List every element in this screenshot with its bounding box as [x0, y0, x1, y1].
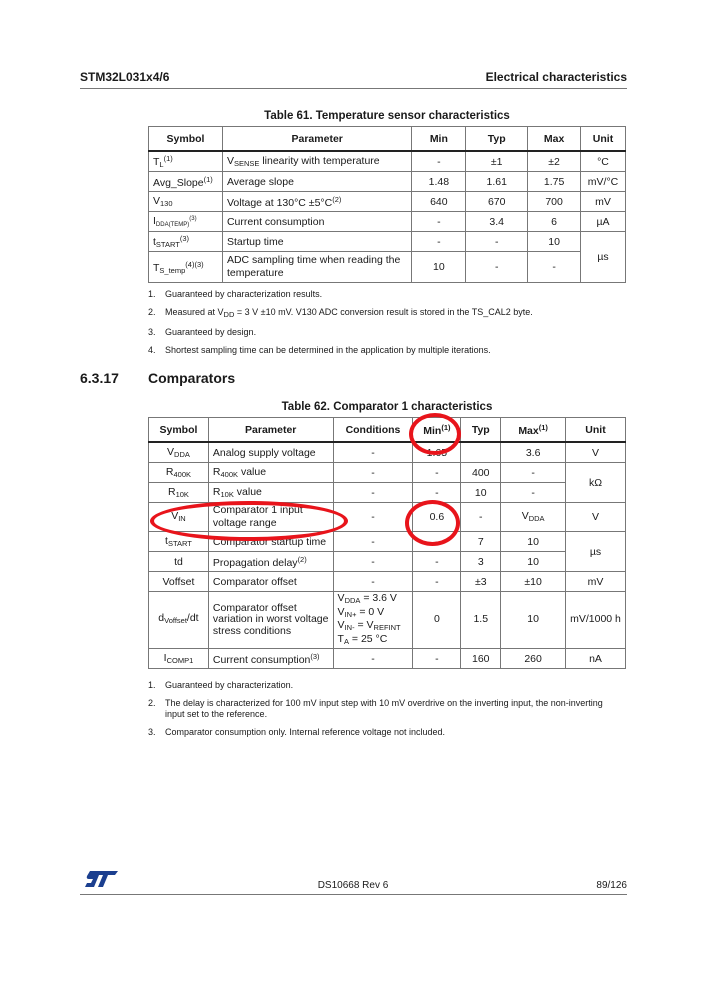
parameter-cell: Voltage at 130°C ±5°C(2)	[222, 192, 411, 212]
unit-cell: kΩ	[566, 463, 626, 503]
symbol-cell: IDDA(TEMP)(3)	[149, 212, 223, 232]
footnote: 1.Guaranteed by characterization results…	[148, 289, 608, 300]
min-cell: -	[413, 483, 461, 503]
typ-cell: -	[466, 232, 528, 252]
conditions-cell: VDDA = 3.6 V VIN+ = 0 V VIN- = VREFINT T…	[333, 592, 413, 649]
min-cell: -	[413, 532, 461, 552]
max-cell: 10	[501, 532, 566, 552]
col-symbol: Symbol	[149, 418, 209, 443]
conditions-cell: -	[333, 572, 413, 592]
parameter-cell: Average slope	[222, 172, 411, 192]
col-typ: Typ	[461, 418, 501, 443]
unit-cell: nA	[566, 649, 626, 669]
footnote: 3.Guaranteed by design.	[148, 327, 608, 338]
footnote: 4.Shortest sampling time can be determin…	[148, 345, 608, 356]
typ-cell: 3.4	[466, 212, 528, 232]
col-typ: Typ	[466, 127, 528, 152]
conditions-cell: -	[333, 552, 413, 572]
max-cell: ±2	[528, 151, 581, 172]
footnote: 3.Comparator consumption only. Internal …	[148, 727, 608, 738]
table-62-title: Table 62. Comparator 1 characteristics	[148, 401, 626, 413]
parameter-cell: VSENSE linearity with temperature	[222, 151, 411, 172]
unit-cell: mV/1000 h	[566, 592, 626, 649]
max-cell: 700	[528, 192, 581, 212]
min-cell: 640	[412, 192, 466, 212]
min-cell: -	[412, 212, 466, 232]
table-61-title: Table 61. Temperature sensor characteris…	[148, 110, 626, 122]
table-row: R400K R400K value - - 400 - kΩ	[149, 463, 626, 483]
section-number: 6.3.17	[80, 370, 119, 386]
min-cell: -	[413, 552, 461, 572]
unit-cell: µA	[581, 212, 626, 232]
col-min: Min	[412, 127, 466, 152]
parameter-cell: R10K value	[208, 483, 333, 503]
typ-cell: 160	[461, 649, 501, 669]
max-cell: VDDA	[501, 503, 566, 532]
symbol-cell: td	[149, 552, 209, 572]
col-symbol: Symbol	[149, 127, 223, 152]
symbol-cell: VIN	[149, 503, 209, 532]
max-cell: 10	[501, 592, 566, 649]
table-row: ICOMP1 Current consumption(3) - - 160 26…	[149, 649, 626, 669]
parameter-cell: Startup time	[222, 232, 411, 252]
max-cell: -	[528, 252, 581, 283]
document-id: STM32L031x4/6	[80, 70, 169, 84]
symbol-cell: Avg_Slope(1)	[149, 172, 223, 192]
min-cell: 0.6	[413, 503, 461, 532]
min-cell: -	[412, 232, 466, 252]
header-divider	[80, 88, 627, 89]
typ-cell: 1.61	[466, 172, 528, 192]
table-row: IDDA(TEMP)(3) Current consumption - 3.4 …	[149, 212, 626, 232]
symbol-cell: ICOMP1	[149, 649, 209, 669]
unit-cell: mV	[566, 572, 626, 592]
table-row: Avg_Slope(1) Average slope 1.48 1.61 1.7…	[149, 172, 626, 192]
unit-cell: °C	[581, 151, 626, 172]
typ-cell: -	[466, 252, 528, 283]
conditions-cell: -	[333, 463, 413, 483]
unit-cell: mV	[581, 192, 626, 212]
table-61-notes: 1.Guaranteed by characterization results…	[148, 289, 608, 363]
comparator-table: Symbol Parameter Conditions Min(1) Typ M…	[148, 417, 626, 669]
symbol-cell: TL(1)	[149, 151, 223, 172]
parameter-cell: Propagation delay(2)	[208, 552, 333, 572]
col-min: Min(1)	[413, 418, 461, 443]
table-row: VDDA Analog supply voltage - 1.65 3.6 V	[149, 442, 626, 463]
min-cell: 1.65	[413, 442, 461, 463]
symbol-cell: R10K	[149, 483, 209, 503]
footnote: 2.Measured at VDD = 3 V ±10 mV. V130 ADC…	[148, 307, 608, 320]
symbol-cell: TS_temp(4)(3)	[149, 252, 223, 283]
typ-cell: ±1	[466, 151, 528, 172]
typ-cell: -	[461, 503, 501, 532]
table-row: TL(1) VSENSE linearity with temperature …	[149, 151, 626, 172]
conditions-cell: -	[333, 532, 413, 552]
conditions-cell: -	[333, 442, 413, 463]
typ-cell: 7	[461, 532, 501, 552]
typ-cell: 10	[461, 483, 501, 503]
parameter-cell: Current consumption	[222, 212, 411, 232]
parameter-cell: R400K value	[208, 463, 333, 483]
table-row: tSTART(3) Startup time - - 10 µs	[149, 232, 626, 252]
symbol-cell: Voffset	[149, 572, 209, 592]
min-cell: -	[413, 572, 461, 592]
symbol-cell: V130	[149, 192, 223, 212]
col-unit: Unit	[566, 418, 626, 443]
conditions-cell: -	[333, 503, 413, 532]
max-cell: 260	[501, 649, 566, 669]
footnote: 2.The delay is characterized for 100 mV …	[148, 698, 608, 720]
max-cell: 3.6	[501, 442, 566, 463]
symbol-cell: tSTART	[149, 532, 209, 552]
max-cell: 6	[528, 212, 581, 232]
footnote: 1.Guaranteed by characterization.	[148, 680, 608, 691]
min-cell: -	[413, 463, 461, 483]
temperature-sensor-table: Symbol Parameter Min Typ Max Unit TL(1) …	[148, 126, 626, 283]
max-cell: ±10	[501, 572, 566, 592]
parameter-cell: ADC sampling time when reading the tempe…	[222, 252, 411, 283]
typ-cell: 670	[466, 192, 528, 212]
table-row: TS_temp(4)(3) ADC sampling time when rea…	[149, 252, 626, 283]
parameter-cell: Comparator offset	[208, 572, 333, 592]
unit-cell: µs	[581, 232, 626, 283]
min-cell: 0	[413, 592, 461, 649]
page-number: 89/126	[596, 880, 627, 891]
section-title: Comparators	[148, 370, 235, 386]
parameter-cell: Comparator offset variation in worst vol…	[208, 592, 333, 649]
min-cell: 10	[412, 252, 466, 283]
symbol-cell: dVoffset/dt	[149, 592, 209, 649]
table-row: VIN Comparator 1 input voltage range - 0…	[149, 503, 626, 532]
min-cell: 1.48	[412, 172, 466, 192]
unit-cell: V	[566, 442, 626, 463]
footer-divider	[80, 894, 627, 895]
table-62-notes: 1.Guaranteed by characterization. 2.The …	[148, 680, 608, 745]
table-row: V130 Voltage at 130°C ±5°C(2) 640 670 70…	[149, 192, 626, 212]
max-cell: 10	[501, 552, 566, 572]
typ-cell: 1.5	[461, 592, 501, 649]
table-row: R10K R10K value - - 10 -	[149, 483, 626, 503]
typ-cell: 400	[461, 463, 501, 483]
symbol-cell: R400K	[149, 463, 209, 483]
symbol-cell: tSTART(3)	[149, 232, 223, 252]
parameter-cell: Analog supply voltage	[208, 442, 333, 463]
parameter-cell: Comparator startup time	[208, 532, 333, 552]
unit-cell: µs	[566, 532, 626, 572]
table-header-row: Symbol Parameter Min Typ Max Unit	[149, 127, 626, 152]
col-parameter: Parameter	[208, 418, 333, 443]
unit-cell: V	[566, 503, 626, 532]
conditions-cell: -	[333, 483, 413, 503]
table-row: tSTART Comparator startup time - - 7 10 …	[149, 532, 626, 552]
table-row: Voffset Comparator offset - - ±3 ±10 mV	[149, 572, 626, 592]
col-conditions: Conditions	[333, 418, 413, 443]
typ-cell: 3	[461, 552, 501, 572]
max-cell: -	[501, 463, 566, 483]
col-parameter: Parameter	[222, 127, 411, 152]
min-cell: -	[413, 649, 461, 669]
typ-cell: ±3	[461, 572, 501, 592]
parameter-cell: Current consumption(3)	[208, 649, 333, 669]
table-row: td Propagation delay(2) - - 3 10	[149, 552, 626, 572]
col-unit: Unit	[581, 127, 626, 152]
conditions-cell: -	[333, 649, 413, 669]
typ-cell	[461, 442, 501, 463]
unit-cell: mV/°C	[581, 172, 626, 192]
max-cell: 10	[528, 232, 581, 252]
section-header: Electrical characteristics	[486, 70, 627, 84]
min-cell: -	[412, 151, 466, 172]
max-cell: 1.75	[528, 172, 581, 192]
table-row: dVoffset/dt Comparator offset variation …	[149, 592, 626, 649]
table-header-row: Symbol Parameter Conditions Min(1) Typ M…	[149, 418, 626, 443]
col-max: Max(1)	[501, 418, 566, 443]
col-max: Max	[528, 127, 581, 152]
parameter-cell: Comparator 1 input voltage range	[208, 503, 333, 532]
max-cell: -	[501, 483, 566, 503]
symbol-cell: VDDA	[149, 442, 209, 463]
